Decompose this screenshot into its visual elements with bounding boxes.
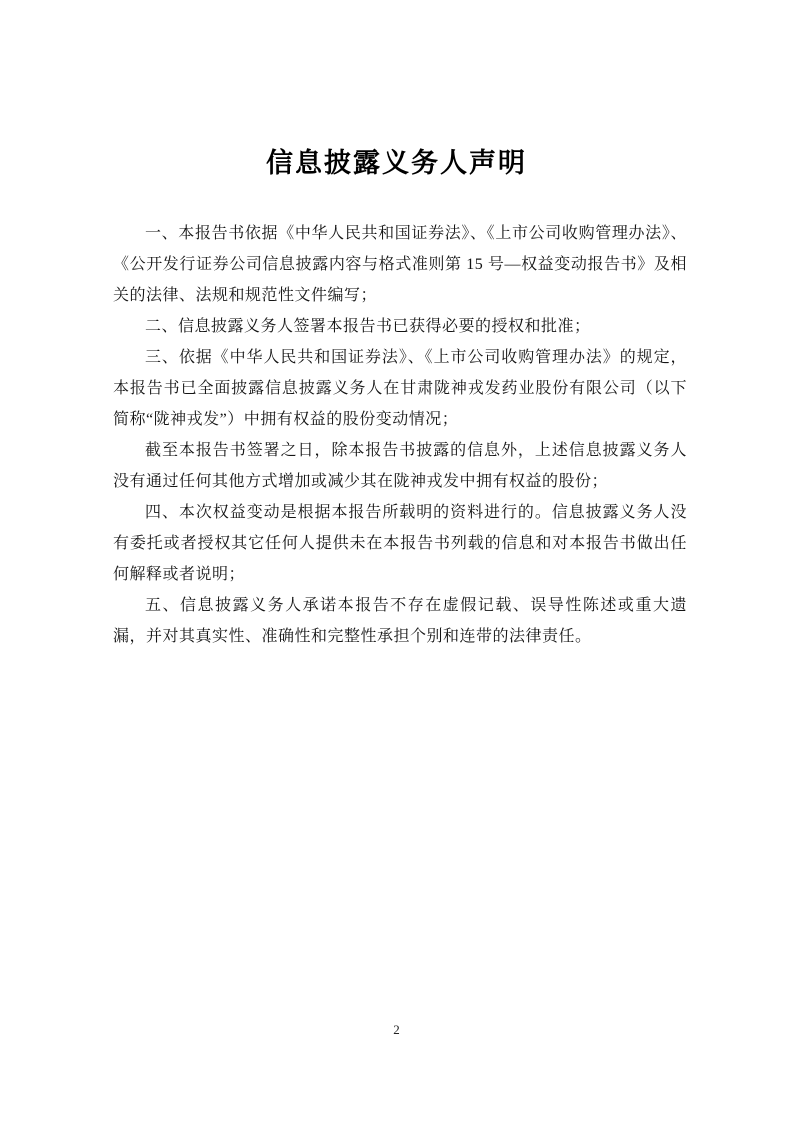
document-body: 一、本报告书依据《中华人民共和国证券法》、《上市公司收购管理办法》、《公开发行证…	[113, 218, 687, 652]
paragraph-3: 三、依据《中华人民共和国证券法》、《上市公司收购管理办法》的规定，本报告书已全面…	[113, 342, 687, 435]
page-title: 信息披露义务人声明	[0, 141, 793, 180]
page-number: 2	[0, 1022, 793, 1038]
paragraph-5: 四、本次权益变动是根据本报告所载明的资料进行的。信息披露义务人没有委托或者授权其…	[113, 497, 687, 590]
paragraph-6: 五、信息披露义务人承诺本报告不存在虚假记载、误导性陈述或重大遗漏，并对其真实性、…	[113, 590, 687, 652]
paragraph-4: 截至本报告书签署之日，除本报告书披露的信息外，上述信息披露义务人没有通过任何其他…	[113, 435, 687, 497]
paragraph-2: 二、信息披露义务人签署本报告书已获得必要的授权和批准；	[113, 311, 687, 342]
paragraph-1: 一、本报告书依据《中华人民共和国证券法》、《上市公司收购管理办法》、《公开发行证…	[113, 218, 687, 311]
document-page: 信息披露义务人声明 一、本报告书依据《中华人民共和国证券法》、《上市公司收购管理…	[0, 0, 793, 1122]
